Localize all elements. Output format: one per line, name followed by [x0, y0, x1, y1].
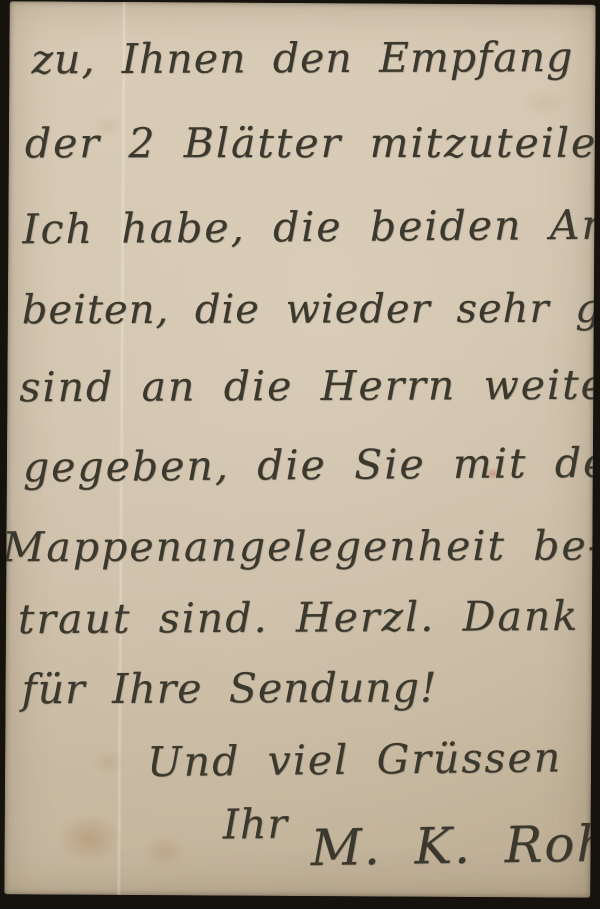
- handwriting-line-5: sind an die Herrn weiter-: [19, 361, 595, 412]
- handwriting-line-6: gegeben, die Sie mit der: [23, 439, 596, 492]
- salutation-ihr: Ihr: [222, 800, 288, 849]
- scan-background: zu, Ihnen den Empfang der 2 Blätter mitz…: [0, 0, 600, 909]
- foxing-stain: [56, 814, 122, 864]
- signature-line: M. K. Rohe.: [310, 814, 596, 877]
- postcard-paper: zu, Ihnen den Empfang der 2 Blätter mitz…: [4, 1, 595, 898]
- foxing-stain: [142, 834, 186, 868]
- handwriting-line-7: Mappenangelegenheit be-: [4, 522, 595, 572]
- handwriting-line-3: Ich habe, die beiden Ar-: [22, 201, 596, 254]
- handwriting-line-8: traut sind. Herzl. Dank: [18, 592, 579, 643]
- handwriting-line-2: der 2 Blätter mitzuteilen.: [25, 119, 596, 168]
- handwriting-line-1: zu, Ihnen den Empfang: [31, 33, 573, 83]
- handwriting-line-4: beiten, die wieder sehr gut: [22, 286, 596, 334]
- foxing-stain: [521, 88, 567, 118]
- handwriting-line-9: für Ihre Sendung!: [21, 663, 437, 713]
- closing-line: Und viel Grüssen: [147, 733, 563, 786]
